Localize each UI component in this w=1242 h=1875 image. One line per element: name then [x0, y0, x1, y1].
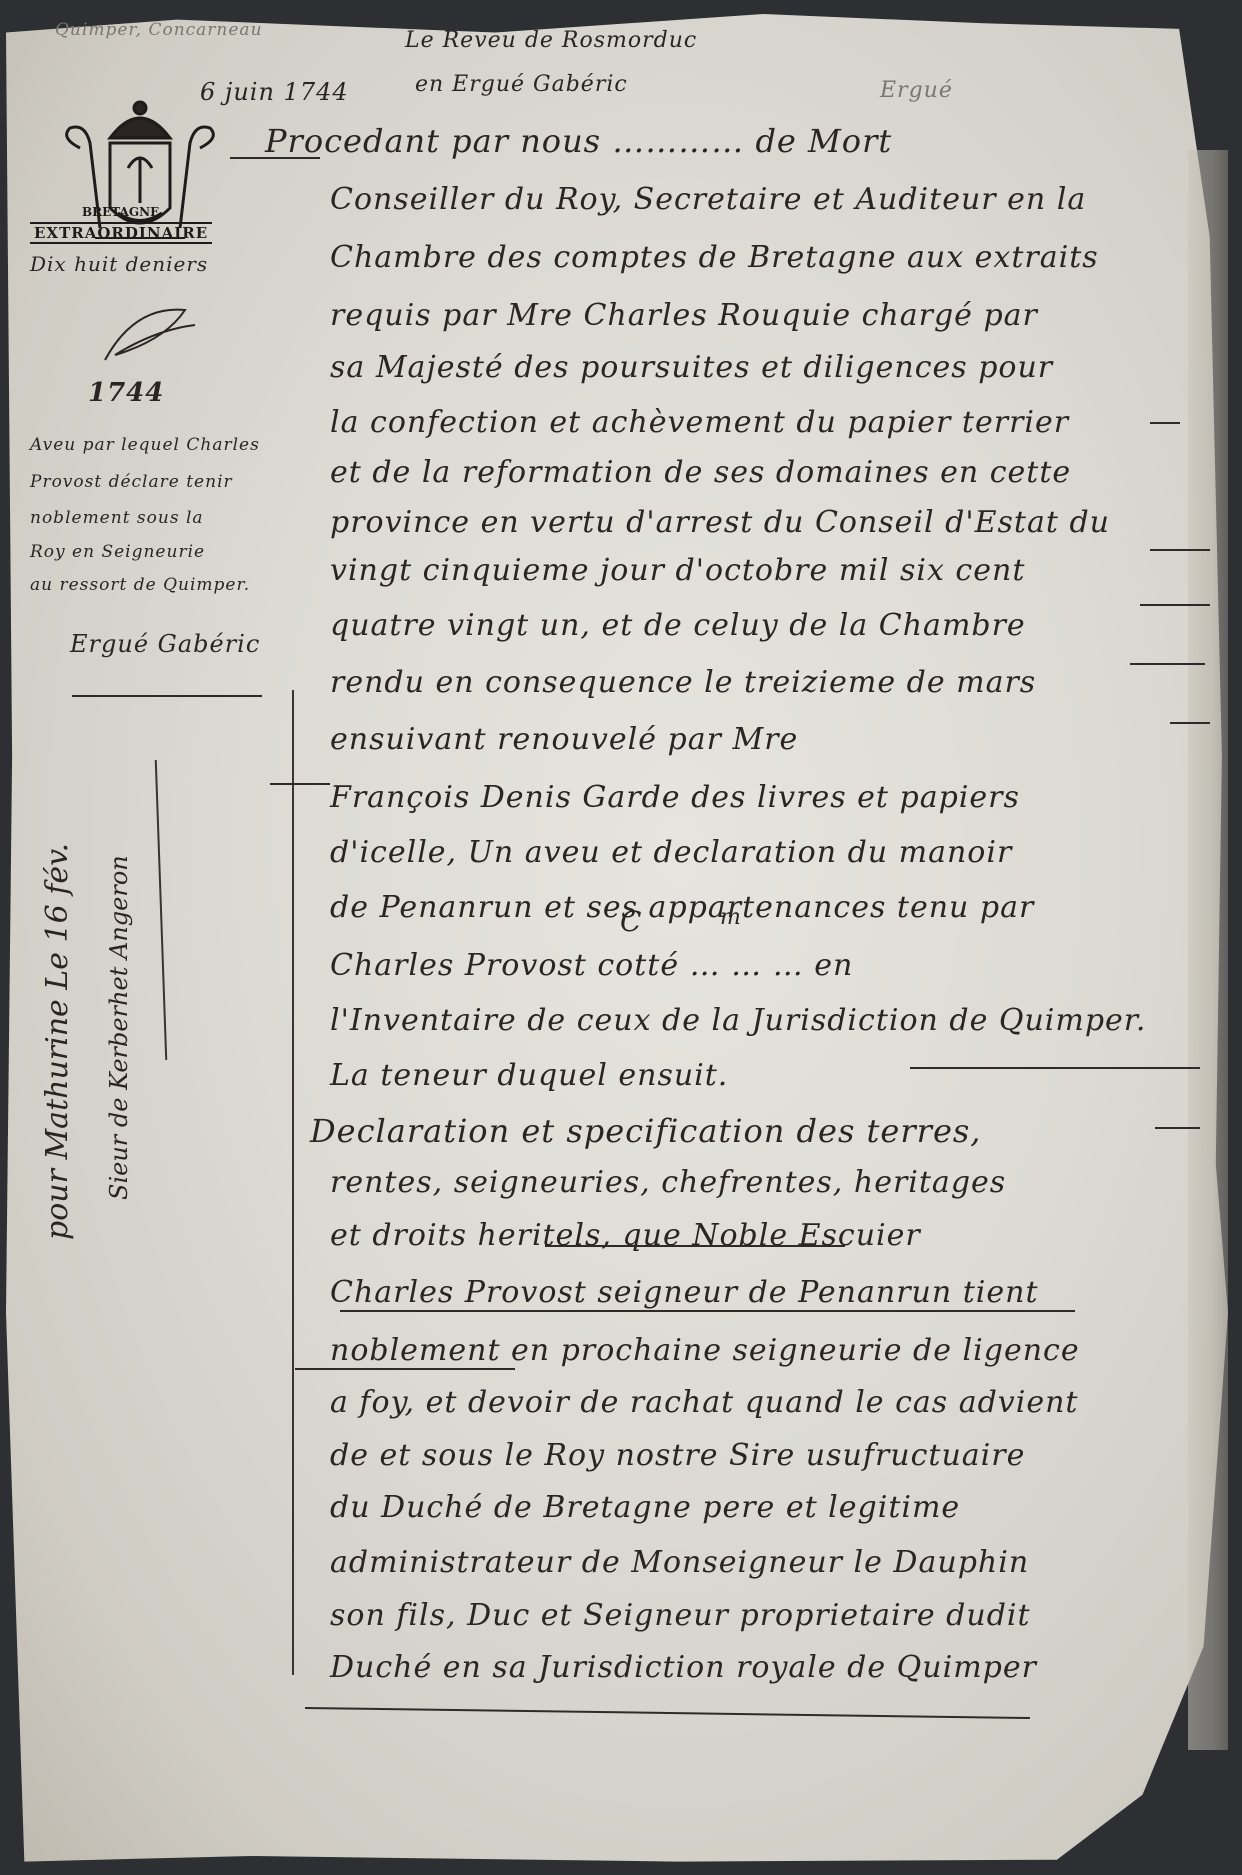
line-filler-rule [1150, 422, 1180, 424]
line-filler-rule [1130, 663, 1205, 665]
margin-note-line: Aveu par lequel Charles [30, 435, 260, 455]
margin-note-line: Provost déclare tenir [30, 472, 233, 492]
top-center-note-2: en Ergué Gabéric [415, 72, 628, 97]
margin-number: 1744 [88, 378, 164, 408]
stamp-value: Dix huit deniers [30, 252, 208, 276]
body-line: du Duché de Bretagne pere et legitime [330, 1490, 960, 1525]
superscript-mark: m [720, 905, 742, 930]
body-line: rendu en consequence le treizieme de mar… [330, 665, 1036, 700]
text-block-border [292, 690, 294, 1675]
margin-note-line: noblement sous la [30, 508, 204, 528]
stamp-label: EXTRAORDINAIRE [30, 222, 212, 244]
margin-note-line: au ressort de Quimper. [30, 575, 250, 595]
body-line: de Penanrun et ses appartenances tenu pa… [330, 890, 1034, 925]
body-line: Procedant par nous ………… de Mort [265, 122, 892, 160]
body-line: Declaration et specification des terres, [310, 1112, 981, 1150]
margin-rule [72, 695, 262, 697]
body-line: et droits heritels, que Noble Escuier [330, 1218, 921, 1253]
body-line: requis par Mre Charles Rouquie chargé pa… [330, 298, 1038, 333]
body-line: ensuivant renouvelé par Mre [330, 722, 798, 757]
body-line: Charles Provost seigneur de Penanrun tie… [330, 1275, 1039, 1310]
body-line: Chambre des comptes de Bretagne aux extr… [330, 240, 1099, 275]
body-line: et de la reformation de ses domaines en … [330, 455, 1071, 490]
body-line: Duché en sa Jurisdiction royale de Quimp… [330, 1650, 1037, 1685]
vertical-margin-note: pour Mathurine Le 16 fév. [40, 843, 75, 1240]
body-line: François Denis Garde des livres et papie… [330, 780, 1020, 815]
top-left-note: Quimper, Concarneau [55, 20, 263, 40]
body-line: Conseiller du Roy, Secretaire et Auditeu… [330, 182, 1086, 217]
body-line: Charles Provost cotté … … … en [330, 948, 853, 983]
body-line: la confection et achèvement du papier te… [330, 405, 1069, 440]
line-filler-rule [1140, 604, 1210, 606]
stamp-region: BRETAGNE [82, 205, 159, 219]
body-line: administrateur de Monseigneur le Dauphin [330, 1545, 1029, 1580]
body-line: a foy, et devoir de rachat quand le cas … [330, 1385, 1078, 1420]
line-filler-rule [910, 1067, 1200, 1069]
underline-rule [295, 1368, 515, 1370]
underline-rule [340, 1310, 1075, 1312]
body-line: noblement en prochaine seigneurie de lig… [330, 1333, 1080, 1368]
torn-page-edge [1188, 150, 1228, 1750]
body-line: La teneur duquel ensuit. [330, 1058, 728, 1093]
manuscript-page [6, 14, 1228, 1869]
body-line: sa Majesté des poursuites et diligences … [330, 350, 1053, 385]
body-line: quatre vingt un, et de celuy de la Chamb… [330, 608, 1026, 643]
superscript-mark: C [620, 905, 642, 938]
margin-note-line: Roy en Seigneurie [30, 542, 205, 562]
paraphe-flourish-icon [95, 300, 205, 375]
body-line: son fils, Duc et Seigneur proprietaire d… [330, 1598, 1031, 1633]
body-line: rentes, seigneuries, chefrentes, heritag… [330, 1165, 1006, 1200]
line-filler-rule [1150, 549, 1210, 551]
line-filler-rule [270, 783, 330, 785]
line-filler-rule [1155, 1127, 1200, 1129]
top-right-faint-note: Ergué [880, 78, 953, 103]
parish-note: Ergué Gabéric [70, 630, 260, 658]
line-filler-rule [1170, 722, 1210, 724]
top-center-note: Le Reveu de Rosmorduc [405, 28, 697, 53]
body-line: l'Inventaire de ceux de la Jurisdiction … [330, 1003, 1146, 1038]
body-line: d'icelle, Un aveu et declaration du mano… [330, 835, 1012, 870]
body-line: vingt cinquieme jour d'octobre mil six c… [330, 553, 1025, 588]
body-line: de et sous le Roy nostre Sire usufructua… [330, 1438, 1025, 1473]
vertical-margin-note: Sieur de Kerberhet Angeron [105, 855, 133, 1200]
body-line: province en vertu d'arrest du Conseil d'… [330, 505, 1110, 540]
line-filler-rule [230, 157, 320, 159]
underline-rule [545, 1245, 845, 1247]
